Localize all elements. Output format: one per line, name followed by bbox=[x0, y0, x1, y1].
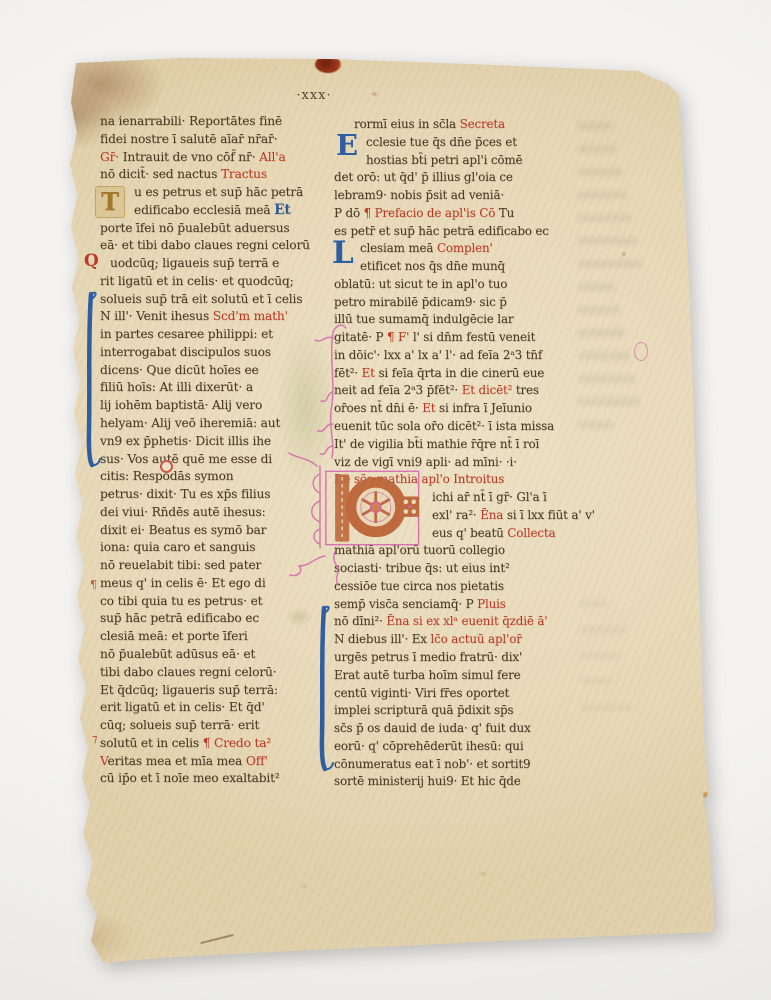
text-line: sortē ministerij hui9· Et hic q̄de bbox=[334, 773, 574, 791]
body-text: u es petrus et sup̄ hāc petrā bbox=[134, 185, 303, 199]
show-through-line bbox=[578, 214, 632, 222]
penwork-flourish bbox=[283, 296, 493, 586]
body-text: cclesie tue q̄s dn̄e p̄ces et bbox=[366, 135, 517, 149]
body-text: dicens· Que dicūt hoīes ee bbox=[100, 363, 259, 377]
fox-spot bbox=[622, 252, 626, 256]
body-text: solutū et in celis bbox=[100, 736, 203, 750]
show-through-line bbox=[578, 191, 627, 199]
initial-q-red: Q bbox=[84, 253, 99, 270]
rubric-text: ¶ Credo ta² bbox=[203, 736, 271, 750]
text-line: nō p̄ualebūt adūsus eā· et bbox=[100, 646, 314, 664]
body-text: si ī lxx fiūt a' v' bbox=[503, 508, 595, 522]
text-line: lebram9· nobis p̄sit ad veniā· bbox=[334, 187, 574, 205]
initial-i-blue-gutter bbox=[315, 602, 335, 774]
text-line: oblatū: ut sicut te in apl'o tuo bbox=[334, 276, 574, 294]
text-line: fidei nostre ī salutē aīar̄ nr̄ar̄· bbox=[100, 131, 314, 149]
body-text: nō reuelabit tibi: sed pater bbox=[100, 558, 261, 572]
body-text: solueis sup̄ trā eit solutū et ī celis bbox=[100, 292, 302, 306]
leaf-shadow-wrap: ·xxx· na ienarrabili· Reportātes finēfid… bbox=[0, 0, 771, 1000]
text-line: Gr̄· Intrauit de vno cōf̄ nr̄· All'a bbox=[100, 149, 314, 167]
text-line: solutū et in celis ¶ Credo ta² bbox=[100, 735, 314, 753]
show-through-line bbox=[578, 398, 640, 406]
body-text: es petr̄ et sup̄ hāc petrā edificabo ec bbox=[334, 224, 549, 238]
body-text: meus q' in celis ē· Et ego di bbox=[100, 576, 266, 590]
initial-i-blue-left bbox=[82, 288, 102, 470]
body-text: oblatū: ut sicut te in apl'o tuo bbox=[334, 277, 507, 291]
body-text: petrus· dixit· Tu es xp̄s filius bbox=[100, 487, 270, 501]
body-text: iona: quia caro et sanguis bbox=[100, 540, 255, 554]
body-text: cūq; solueis sup̄ terrā· erit bbox=[100, 718, 259, 732]
body-text: sus· Vos autē quē me esse di bbox=[100, 452, 272, 466]
pink-oval-mark bbox=[634, 342, 648, 361]
body-text: N diebus ill'· Ex bbox=[334, 632, 431, 646]
body-text: dixit ei· Beatus es symō bar bbox=[100, 523, 266, 537]
body-text: fidei nostre ī salutē aīar̄ nr̄ar̄· bbox=[100, 132, 277, 146]
body-text: filiū hoīs: At illi dixerūt· a bbox=[100, 380, 253, 394]
left-column: na ienarrabili· Reportātes finēfidei nos… bbox=[100, 113, 314, 788]
body-text: det orō: ut q̄d' p̄ illius gl'oia ce bbox=[334, 170, 513, 184]
body-text: rit ligatū et in celis· et quodcūq; bbox=[100, 274, 294, 288]
show-through-line bbox=[578, 260, 642, 268]
fox-spot bbox=[372, 92, 377, 96]
text-line: porte īfei nō p̄ualebūt aduersus bbox=[100, 220, 314, 238]
text-line: cōnumeratus eat ī nob'· et sortit9 bbox=[334, 756, 574, 774]
scratch-mark bbox=[200, 934, 233, 944]
body-text: uodcūq; ligaueis sup̄ terrā e bbox=[110, 256, 279, 270]
text-line: Et q̄dcūq; ligaueris sup̄ terrā: bbox=[100, 682, 314, 700]
body-text: lij iohēm baptistā· Alij vero bbox=[100, 398, 262, 412]
text-line: clesiam meā Complen' bbox=[334, 240, 574, 258]
text-line: in partes cesaree philippi: et bbox=[100, 326, 314, 344]
text-line: semp̄ visc̄a senciamq̄· P Pluis bbox=[334, 596, 574, 614]
rubric-text: Ēna si ex xlᵃ euenit q̄zdiē ā' bbox=[386, 614, 547, 628]
folio-number: ·xxx· bbox=[288, 88, 340, 103]
rubric-text: Scd'm math' bbox=[213, 309, 288, 323]
body-text: sup̄ hāc petrā edificabo ec bbox=[100, 611, 259, 625]
text-line: helyam· Alij veō iheremiā: aut bbox=[100, 415, 314, 433]
body-text: clesiā meā: et porte īferi bbox=[100, 629, 248, 643]
body-text: cōnumeratus eat ī nob'· et sortit9 bbox=[334, 757, 530, 771]
text-line: co tibi quia tu es petrus· et bbox=[100, 593, 314, 611]
rubric-text: Off' bbox=[246, 754, 268, 768]
text-line: eorū· q' cōprehēderūt ihesū: qui bbox=[334, 738, 574, 756]
show-through-line bbox=[578, 352, 630, 360]
fox-spot bbox=[703, 792, 708, 798]
text-line: lij iohēm baptistā· Alij vero bbox=[100, 397, 314, 415]
body-text: N ill'· Venit ihesus bbox=[100, 309, 213, 323]
body-text: rormī eius in sc̄la bbox=[354, 117, 460, 131]
body-text: eā· et tibi dabo claues regni celorū bbox=[100, 238, 310, 252]
body-text: sc̄s p̄ os dauid de iuda· q' fuit dux bbox=[334, 721, 531, 735]
body-text: in partes cesaree philippi: et bbox=[100, 327, 273, 341]
rubric-text: Collecta bbox=[507, 526, 555, 540]
text-line: es petr̄ et sup̄ hāc petrā edificabo ec bbox=[334, 223, 574, 241]
body-text: urgēs petrus ī medio fratrū· dix' bbox=[334, 650, 522, 664]
body-text: centū viginti· Viri fr̄es oportet bbox=[334, 686, 509, 700]
body-text: semp̄ visc̄a senciamq̄· P bbox=[334, 597, 477, 611]
rubric-text: V bbox=[100, 754, 108, 768]
text-line: Veritas mea et mīa mea Off' bbox=[100, 753, 314, 771]
text-line: det orō: ut q̄d' p̄ illius gl'oia ce bbox=[334, 169, 574, 187]
text-line: na ienarrabili· Reportātes finē bbox=[100, 113, 314, 131]
text-line: hostias bt̄i petri apl'i cōmē bbox=[334, 152, 574, 170]
text-line: citis: Respōdās symon bbox=[100, 468, 314, 486]
text-line: centū viginti· Viri fr̄es oportet bbox=[334, 685, 574, 703]
text-line: dei viui· Rn̄dēs autē ihesus: bbox=[100, 504, 314, 522]
rubric-text: lc̄o actuū apl'or̄ bbox=[431, 632, 522, 646]
text-line: interrogabat discipulos suos bbox=[100, 344, 314, 362]
body-text: implei scripturā quā p̄dixit sp̄s bbox=[334, 703, 513, 717]
text-line: vn9 ex p̄phetis· Dicit illis ihe bbox=[100, 433, 314, 451]
red-wax-stain bbox=[315, 56, 341, 73]
show-through-line bbox=[578, 421, 613, 429]
text-line: dicens· Que dicūt hoīes ee bbox=[100, 362, 314, 380]
text-line: u es petrus et sup̄ hāc petrā bbox=[100, 184, 314, 202]
text-line: cclesie tue q̄s dn̄e p̄ces et bbox=[334, 134, 574, 152]
text-line: sup̄ hāc petrā edificabo ec bbox=[100, 610, 314, 628]
text-line: meus q' in celis ē· Et ego di bbox=[100, 575, 314, 593]
rubric-text: Gr̄· bbox=[100, 150, 123, 164]
blue-text: Et bbox=[274, 202, 290, 218]
show-through-line bbox=[578, 168, 622, 176]
manuscript-leaf: ·xxx· na ienarrabili· Reportātes finēfid… bbox=[0, 0, 771, 1000]
show-through-line bbox=[578, 306, 620, 314]
rubric-text: Complen' bbox=[437, 241, 493, 255]
body-text: eorū· q' cōprehēderūt ihesū: qui bbox=[334, 739, 523, 753]
body-text: tres bbox=[512, 383, 539, 397]
text-line: clesiā meā: et porte īferi bbox=[100, 628, 314, 646]
text-line: eā· et tibi dabo claues regni celorū bbox=[100, 237, 314, 255]
text-line: filiū hoīs: At illi dixerūt· a bbox=[100, 379, 314, 397]
show-through-line bbox=[578, 145, 617, 153]
show-through-line bbox=[580, 600, 608, 607]
show-through-line bbox=[580, 704, 632, 711]
text-line: Erat autē turba hoīm simul fere bbox=[334, 667, 574, 685]
text-line: P dō ¶ Prefacio de apl'is Cō Tu bbox=[334, 205, 574, 223]
text-line: cū ip̄o et ī noīe meo exaltabit² bbox=[100, 770, 314, 788]
body-text: nō dicit̄· sed nactus bbox=[100, 167, 221, 181]
body-text: sortē ministerij hui9· Et hic q̄de bbox=[334, 774, 521, 788]
body-text: clesiam meā bbox=[360, 241, 437, 255]
rubric-text: ¶ Prefacio de apl'is Cō bbox=[364, 206, 499, 220]
text-line: nō dicit̄· sed nactus Tractus bbox=[100, 166, 314, 184]
show-through-line bbox=[578, 283, 615, 291]
rubric-text: Pluis bbox=[477, 597, 506, 611]
body-text: hostias bt̄i petri apl'i cōmē bbox=[366, 153, 522, 167]
body-text: porte īfei nō p̄ualebūt aduersus bbox=[100, 221, 290, 235]
text-line: uodcūq; ligaueis sup̄ terrā e bbox=[100, 255, 314, 273]
body-text: tibi dabo claues regni celorū· bbox=[100, 665, 276, 679]
rubric-text: Tractus bbox=[221, 167, 267, 181]
body-text: helyam· Alij veō iheremiā: aut bbox=[100, 416, 280, 430]
text-line: iona: quia caro et sanguis bbox=[100, 539, 314, 557]
show-through-line bbox=[580, 652, 620, 659]
text-line: nō dīni²· Ēna si ex xlᵃ euenit q̄zdiē ā' bbox=[334, 613, 574, 631]
red-ring-mark bbox=[160, 460, 173, 473]
text-line: urgēs petrus ī medio fratrū· dix' bbox=[334, 649, 574, 667]
show-through-line bbox=[580, 678, 613, 685]
text-line: erit ligatū et in celis· Et q̄d' bbox=[100, 699, 314, 717]
body-text: cū ip̄o et ī noīe meo exaltabit² bbox=[100, 771, 280, 785]
body-text: Intrauit de vno cōf̄ nr̄· bbox=[123, 150, 259, 164]
body-text: erit ligatū et in celis· Et q̄d' bbox=[100, 700, 265, 714]
body-text: lebram9· nobis p̄sit ad veniā· bbox=[334, 188, 504, 202]
text-line: implei scripturā quā p̄dixit sp̄s bbox=[334, 702, 574, 720]
text-line: dixit ei· Beatus es symō bar bbox=[100, 522, 314, 540]
rubric-text: Secreta bbox=[460, 117, 505, 131]
manuscript-photo: ·xxx· na ienarrabili· Reportātes finēfid… bbox=[0, 0, 771, 1000]
body-text: edificabo ecclesiā meā bbox=[134, 203, 274, 217]
body-text: etificet nos q̄s dn̄e munq̄ bbox=[360, 259, 505, 273]
body-text: P dō bbox=[334, 206, 364, 220]
body-text: Tu bbox=[499, 206, 514, 220]
red-margin-mark-lower: ⁊ bbox=[92, 732, 97, 745]
text-line: nō reuelabit tibi: sed pater bbox=[100, 557, 314, 575]
red-margin-mark-upper: ¶ bbox=[90, 578, 97, 591]
text-line: rormī eius in sc̄la Secreta bbox=[334, 116, 574, 134]
text-line: etificet nos q̄s dn̄e munq̄ bbox=[334, 258, 574, 276]
body-text: nō p̄ualebūt adūsus eā· et bbox=[100, 647, 255, 661]
show-through-line bbox=[578, 237, 637, 245]
show-through-line bbox=[578, 329, 625, 337]
body-text: Et q̄dcūq; ligaueris sup̄ terrā: bbox=[100, 683, 278, 697]
show-through-line bbox=[580, 626, 627, 633]
fox-spot bbox=[480, 872, 486, 876]
text-line: tibi dabo claues regni celorū· bbox=[100, 664, 314, 682]
show-through-line bbox=[578, 122, 612, 130]
text-line: sus· Vos autē quē me esse di bbox=[100, 451, 314, 469]
text-line: rit ligatū et in celis· et quodcūq; bbox=[100, 273, 314, 291]
text-line: N ill'· Venit ihesus Scd'm math' bbox=[100, 308, 314, 326]
rubric-text: All'a bbox=[259, 150, 285, 164]
text-line: cūq; solueis sup̄ terrā· erit bbox=[100, 717, 314, 735]
text-line: edificabo ecclesiā meā Et bbox=[100, 202, 314, 220]
text-line: petrus· dixit· Tu es xp̄s filius bbox=[100, 486, 314, 504]
body-text: co tibi quia tu es petrus· et bbox=[100, 594, 262, 608]
body-text: dei viui· Rn̄dēs autē ihesus: bbox=[100, 505, 266, 519]
fox-spot bbox=[302, 884, 306, 888]
body-text: vn9 ex p̄phetis· Dicit illis ihe bbox=[100, 434, 271, 448]
body-text: na ienarrabili· Reportātes finē bbox=[100, 114, 282, 128]
show-through-line bbox=[578, 375, 635, 383]
text-line: sc̄s p̄ os dauid de iuda· q' fuit dux bbox=[334, 720, 574, 738]
text-line: solueis sup̄ trā eit solutū et ī celis bbox=[100, 291, 314, 309]
body-text: interrogabat discipulos suos bbox=[100, 345, 271, 359]
body-text: eritas mea et mīa mea bbox=[108, 754, 246, 768]
body-text: Erat autē turba hoīm simul fere bbox=[334, 668, 521, 682]
text-line: N diebus ill'· Ex lc̄o actuū apl'or̄ bbox=[334, 631, 574, 649]
body-text: nō dīni²· bbox=[334, 614, 386, 628]
